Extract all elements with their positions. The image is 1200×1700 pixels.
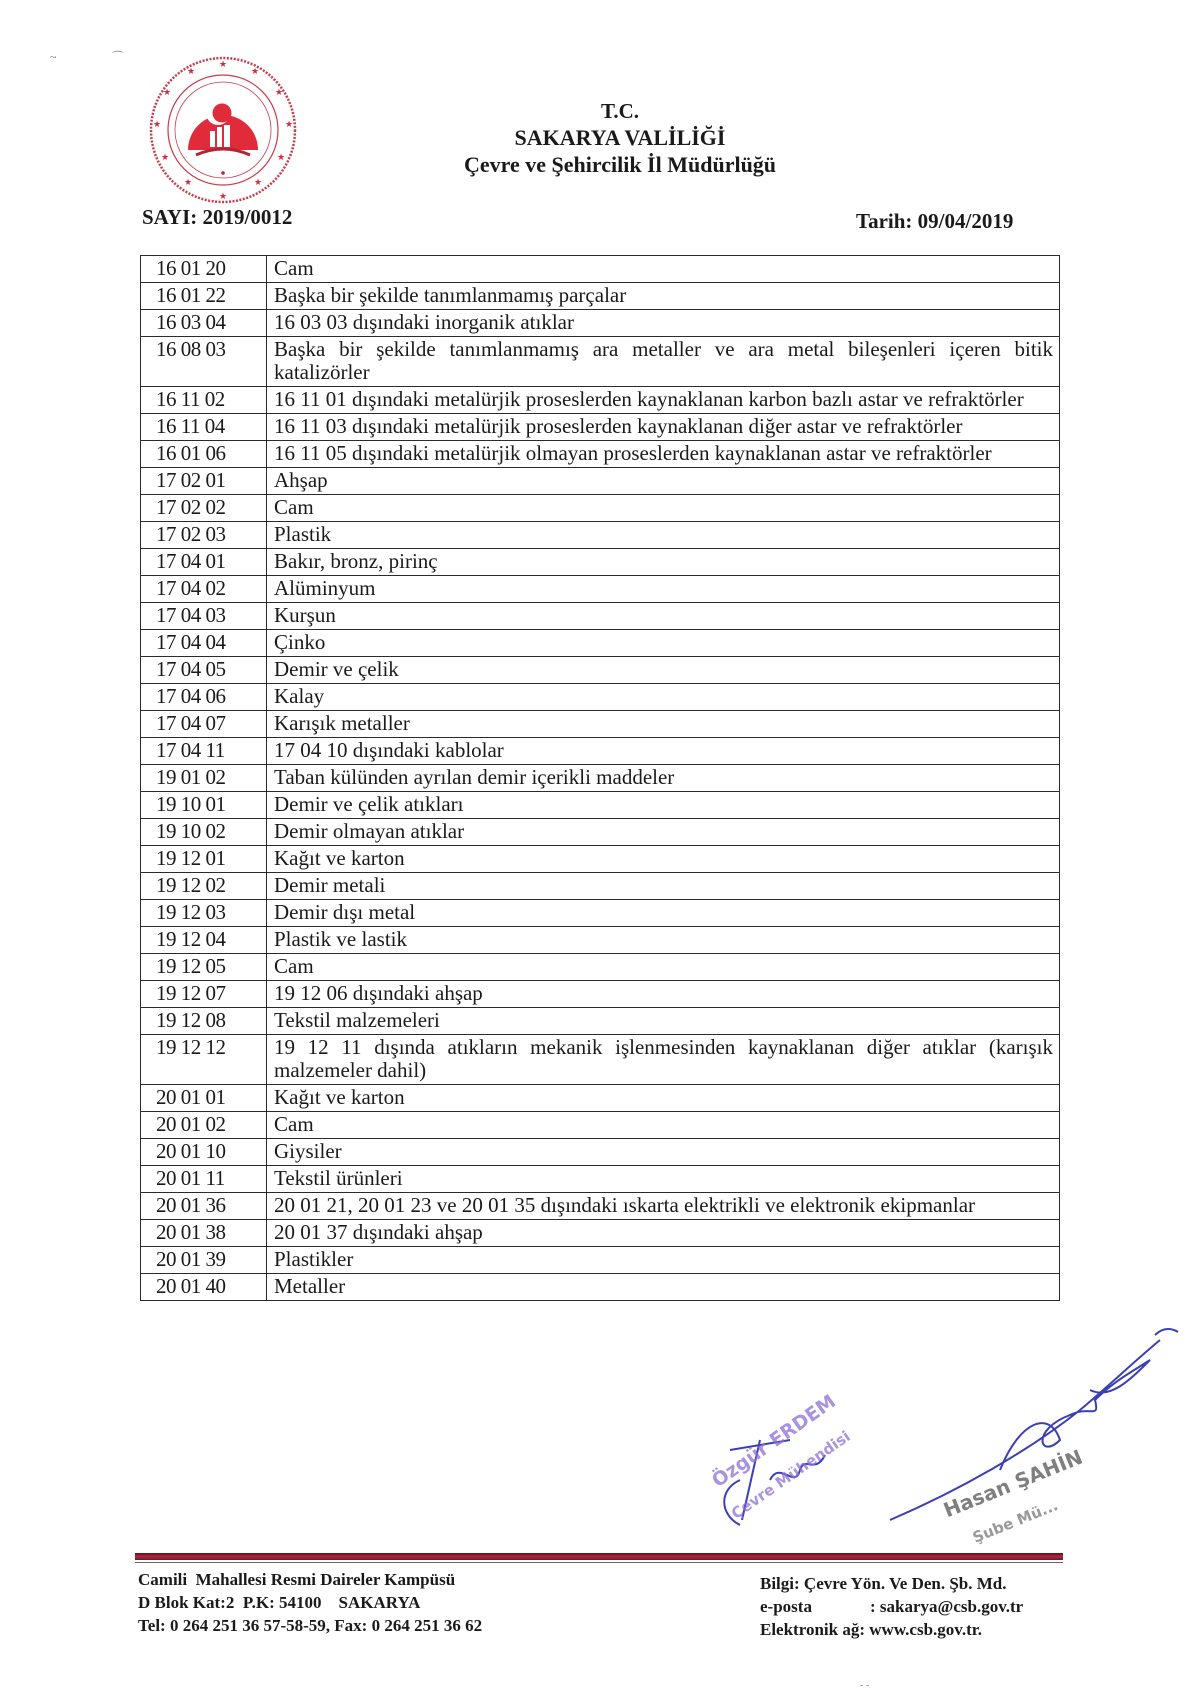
waste-code: 20 01 38 <box>141 1220 267 1247</box>
table-row: 20 01 40Metaller <box>141 1274 1060 1301</box>
table-row: 17 02 02Cam <box>141 495 1060 522</box>
footer-address: Camili Mahallesi Resmi Daireler Kampüsü … <box>138 1568 482 1637</box>
svg-text:★: ★ <box>233 109 241 119</box>
table-row: 17 04 01Bakır, bronz, pirinç <box>141 549 1060 576</box>
email-label: e-posta <box>760 1595 870 1618</box>
waste-description: 20 01 21, 20 01 23 ve 20 01 35 dışındaki… <box>267 1193 1060 1220</box>
table-row: 20 01 39Plastikler <box>141 1247 1060 1274</box>
ministry-seal-icon: ★★★ ★★★ ★★★ ★★★ ★ <box>148 55 298 205</box>
waste-code: 17 02 01 <box>141 468 267 495</box>
header-governorship: SAKARYA VALİLİĞİ <box>400 124 840 151</box>
waste-description: 19 12 11 dışında atıkların mekanik işlen… <box>267 1035 1060 1085</box>
address-line-1: Camili Mahallesi Resmi Daireler Kampüsü <box>138 1568 482 1591</box>
waste-code: 17 04 07 <box>141 711 267 738</box>
scan-artifact: ⌒ <box>112 48 124 65</box>
waste-description: Demir ve çelik <box>267 657 1060 684</box>
svg-text:★: ★ <box>153 119 161 129</box>
info-line: Bilgi: Çevre Yön. Ve Den. Şb. Md. <box>760 1572 1023 1595</box>
waste-description: 16 11 03 dışındaki metalürjik proseslerd… <box>267 414 1060 441</box>
document-number: SAYI: 2019/0012 <box>142 205 292 230</box>
header-directorate: Çevre ve Şehircilik İl Müdürlüğü <box>400 151 840 178</box>
waste-description: Karışık metaller <box>267 711 1060 738</box>
table-row: 16 03 0416 03 03 dışındaki inorganik atı… <box>141 310 1060 337</box>
waste-code: 16 01 06 <box>141 441 267 468</box>
table-row: 17 02 01Ahşap <box>141 468 1060 495</box>
table-row: 16 11 0216 11 01 dışındaki metalürjik pr… <box>141 387 1060 414</box>
waste-description: Metaller <box>267 1274 1060 1301</box>
table-row: 17 04 02Alüminyum <box>141 576 1060 603</box>
waste-description: Cam <box>267 256 1060 283</box>
table-row: 17 02 03Plastik <box>141 522 1060 549</box>
waste-code: 19 12 04 <box>141 927 267 954</box>
waste-code: 19 12 05 <box>141 954 267 981</box>
waste-description: Alüminyum <box>267 576 1060 603</box>
footer-divider-thin <box>135 1562 1063 1563</box>
table-row: 17 04 06Kalay <box>141 684 1060 711</box>
svg-text:★: ★ <box>254 177 262 187</box>
header-tc: T.C. <box>400 98 840 124</box>
svg-text:★: ★ <box>161 152 169 162</box>
waste-description: Demir ve çelik atıkları <box>267 792 1060 819</box>
svg-text:★: ★ <box>251 66 259 76</box>
waste-description: Çinko <box>267 630 1060 657</box>
table-row: 16 01 0616 11 05 dışındaki metalürjik ol… <box>141 441 1060 468</box>
table-row: 19 12 02Demir metali <box>141 873 1060 900</box>
table-row: 16 01 20Cam <box>141 256 1060 283</box>
web-link[interactable]: www.csb.gov.tr. <box>869 1618 982 1641</box>
waste-code: 20 01 02 <box>141 1112 267 1139</box>
waste-code: 17 04 01 <box>141 549 267 576</box>
address-line-2: D Blok Kat:2 P.K: 54100 SAKARYA <box>138 1591 482 1614</box>
waste-code: 17 04 05 <box>141 657 267 684</box>
waste-code: 16 03 04 <box>141 310 267 337</box>
waste-description: Cam <box>267 495 1060 522</box>
svg-text:★: ★ <box>163 87 171 97</box>
waste-code: 17 04 03 <box>141 603 267 630</box>
waste-description: Cam <box>267 1112 1060 1139</box>
table-row: 19 12 0719 12 06 dışındaki ahşap <box>141 981 1060 1008</box>
document-date: Tarih: 09/04/2019 <box>856 209 1013 234</box>
waste-description: Tekstil ürünleri <box>267 1166 1060 1193</box>
waste-description: 17 04 10 dışındaki kablolar <box>267 738 1060 765</box>
waste-code: 20 01 11 <box>141 1166 267 1193</box>
waste-code: 17 04 06 <box>141 684 267 711</box>
waste-code: 16 11 04 <box>141 414 267 441</box>
waste-code: 16 11 02 <box>141 387 267 414</box>
table-row: 16 11 0416 11 03 dışındaki metalürjik pr… <box>141 414 1060 441</box>
letterhead: T.C. SAKARYA VALİLİĞİ Çevre ve Şehircili… <box>400 98 840 178</box>
table-row: 19 12 03Demir dışı metal <box>141 900 1060 927</box>
svg-text:★: ★ <box>187 66 195 76</box>
waste-description: Kağıt ve karton <box>267 846 1060 873</box>
table-row: 19 01 02Taban külünden ayrılan demir içe… <box>141 765 1060 792</box>
table-row: 19 12 05Cam <box>141 954 1060 981</box>
waste-code: 17 02 03 <box>141 522 267 549</box>
table-row: 17 04 04Çinko <box>141 630 1060 657</box>
table-row: 17 04 1117 04 10 dışındaki kablolar <box>141 738 1060 765</box>
waste-description: Bakır, bronz, pirinç <box>267 549 1060 576</box>
table-row: 20 01 3820 01 37 dışındaki ahşap <box>141 1220 1060 1247</box>
waste-description: Demir olmayan atıklar <box>267 819 1060 846</box>
waste-description: Demir metali <box>267 873 1060 900</box>
waste-code: 20 01 39 <box>141 1247 267 1274</box>
waste-description: Cam <box>267 954 1060 981</box>
footer-divider <box>135 1553 1063 1560</box>
waste-code-table: 16 01 20Cam16 01 22Başka bir şekilde tan… <box>140 255 1060 1301</box>
email-link[interactable]: : sakarya@csb.gov.tr <box>870 1595 1023 1618</box>
waste-description: Ahşap <box>267 468 1060 495</box>
waste-code: 19 01 02 <box>141 765 267 792</box>
svg-text:★: ★ <box>219 191 227 201</box>
waste-code: 16 01 22 <box>141 283 267 310</box>
waste-code: 20 01 36 <box>141 1193 267 1220</box>
scan-artifact: ~ <box>50 50 57 65</box>
waste-code: 19 12 08 <box>141 1008 267 1035</box>
table-row: 20 01 11Tekstil ürünleri <box>141 1166 1060 1193</box>
footer-contact: Bilgi: Çevre Yön. Ve Den. Şb. Md. e-post… <box>760 1572 1023 1641</box>
table-row: 17 04 05Demir ve çelik <box>141 657 1060 684</box>
table-row: 19 10 01Demir ve çelik atıkları <box>141 792 1060 819</box>
waste-description: 16 03 03 dışındaki inorganik atıklar <box>267 310 1060 337</box>
table-row: 20 01 3620 01 21, 20 01 23 ve 20 01 35 d… <box>141 1193 1060 1220</box>
address-line-3: Tel: 0 264 251 36 57-58-59, Fax: 0 264 2… <box>138 1614 482 1637</box>
waste-code: 16 08 03 <box>141 337 267 387</box>
table-row: 19 10 02Demir olmayan atıklar <box>141 819 1060 846</box>
waste-description: 16 11 05 dışındaki metalürjik olmayan pr… <box>267 441 1060 468</box>
web-label: Elektronik ağ: <box>760 1618 865 1641</box>
waste-description: Kurşun <box>267 603 1060 630</box>
table-row: 16 08 03Başka bir şekilde tanımlanmamış … <box>141 337 1060 387</box>
waste-code: 19 12 07 <box>141 981 267 1008</box>
waste-description: 19 12 06 dışındaki ahşap <box>267 981 1060 1008</box>
waste-description: Plastik ve lastik <box>267 927 1060 954</box>
waste-code: 17 04 04 <box>141 630 267 657</box>
waste-description: Kalay <box>267 684 1060 711</box>
waste-code: 20 01 01 <box>141 1085 267 1112</box>
waste-code: 17 04 02 <box>141 576 267 603</box>
waste-description: Plastik <box>267 522 1060 549</box>
waste-code: 17 04 11 <box>141 738 267 765</box>
waste-code: 20 01 40 <box>141 1274 267 1301</box>
table-row: 19 12 08Tekstil malzemeleri <box>141 1008 1060 1035</box>
waste-description: Kağıt ve karton <box>267 1085 1060 1112</box>
svg-text:★: ★ <box>219 59 227 69</box>
table-row: 17 04 03Kurşun <box>141 603 1060 630</box>
waste-description: Tekstil malzemeleri <box>267 1008 1060 1035</box>
table-row: 20 01 01Kağıt ve karton <box>141 1085 1060 1112</box>
waste-code: 20 01 10 <box>141 1139 267 1166</box>
waste-code: 19 12 12 <box>141 1035 267 1085</box>
waste-description: Giysiler <box>267 1139 1060 1166</box>
scan-artifact: - - <box>860 1680 869 1691</box>
table-row: 20 01 10Giysiler <box>141 1139 1060 1166</box>
waste-code: 19 12 01 <box>141 846 267 873</box>
table-row: 19 12 04Plastik ve lastik <box>141 927 1060 954</box>
waste-code: 19 12 03 <box>141 900 267 927</box>
waste-description: Başka bir şekilde tanımlanmamış ara meta… <box>267 337 1060 387</box>
waste-description: Taban külünden ayrılan demir içerikli ma… <box>267 765 1060 792</box>
waste-code: 19 12 02 <box>141 873 267 900</box>
svg-text:★: ★ <box>277 152 285 162</box>
svg-text:★: ★ <box>275 87 283 97</box>
svg-text:★: ★ <box>285 119 293 129</box>
waste-description: 20 01 37 dışındaki ahşap <box>267 1220 1060 1247</box>
table-row: 20 01 02Cam <box>141 1112 1060 1139</box>
waste-description: Başka bir şekilde tanımlanmamış parçalar <box>267 283 1060 310</box>
table-row: 17 04 07Karışık metaller <box>141 711 1060 738</box>
waste-code: 19 10 02 <box>141 819 267 846</box>
waste-code: 17 02 02 <box>141 495 267 522</box>
waste-code: 19 10 01 <box>141 792 267 819</box>
table-row: 19 12 1219 12 11 dışında atıkların mekan… <box>141 1035 1060 1085</box>
table-row: 16 01 22Başka bir şekilde tanımlanmamış … <box>141 283 1060 310</box>
waste-description: Demir dışı metal <box>267 900 1060 927</box>
waste-description: Plastikler <box>267 1247 1060 1274</box>
waste-code: 16 01 20 <box>141 256 267 283</box>
svg-text:★: ★ <box>184 177 192 187</box>
table-row: 19 12 01Kağıt ve karton <box>141 846 1060 873</box>
waste-description: 16 11 01 dışındaki metalürjik proseslerd… <box>267 387 1060 414</box>
